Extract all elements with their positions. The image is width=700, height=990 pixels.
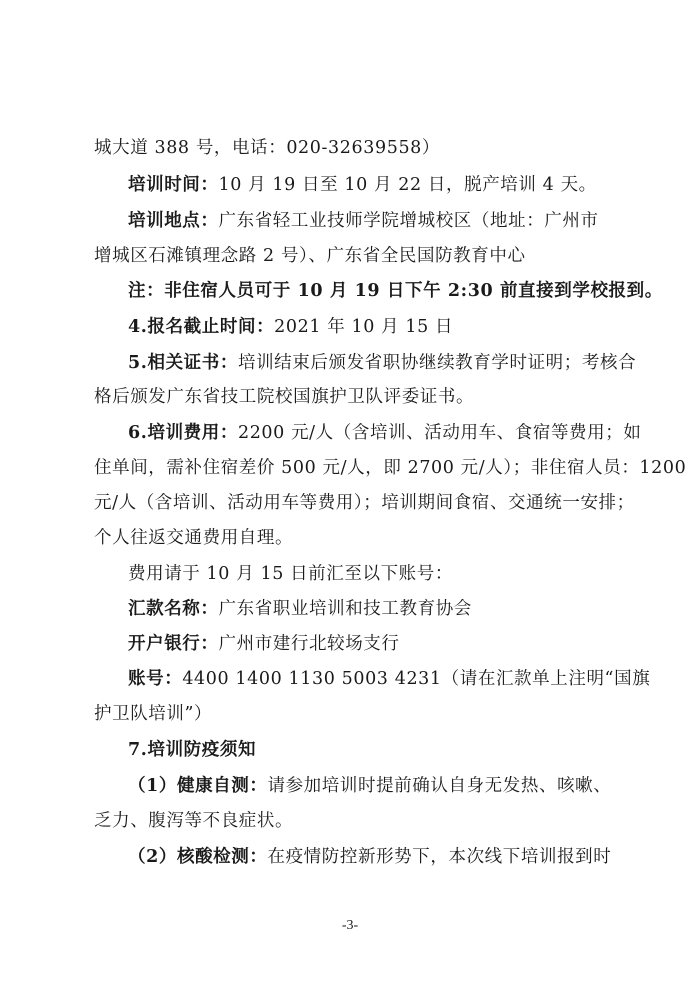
text: 城大道 388 号，电话：020-32639558）	[94, 138, 440, 158]
document-page: 城大道 388 号，电话：020-32639558） 培训时间：10 月 19 …	[0, 0, 700, 990]
value: 在疫情防控新形势下，本次线下培训报到时	[267, 847, 611, 867]
certificates: 5.相关证书：培训结束后颁发省职协继续教育学时证明；考核合	[128, 352, 648, 374]
address-continuation: 城大道 388 号，电话：020-32639558）	[94, 137, 614, 159]
value: 广东省轻工业技师学院增城校区（地址：广州市	[219, 211, 599, 231]
bank-name: 开户银行：广州市建行北较场支行	[128, 633, 648, 655]
value: 请参加培训时提前确认自身无发热、咳嗽、	[267, 776, 611, 796]
value: 2021 年 10 月 15 日	[274, 317, 453, 337]
heading: 7.培训防疫须知	[128, 740, 256, 760]
text: 费用请于 10 月 15 日前汇至以下账号：	[128, 564, 453, 584]
payment-instruction: 费用请于 10 月 15 日前汇至以下账号：	[128, 563, 648, 585]
value: 4400 1400 1130 5003 4231（请在汇款单上注明“国旗	[182, 669, 650, 689]
epidemic-heading: 7.培训防疫须知	[128, 739, 648, 761]
training-fee-cont-3: 个人往返交通费用自理。	[94, 527, 614, 549]
training-fee-cont-1: 住单间，需补住宿差价 500 元/人，即 2700 元/人）；非住宿人员：120…	[94, 457, 614, 479]
nucleic-acid-test: （2）核酸检测：在疫情防控新形势下，本次线下培训报到时	[128, 846, 648, 868]
label: 开户银行：	[128, 634, 219, 654]
text: 乏力、腹泻等不良症状。	[94, 811, 293, 831]
health-self-test: （1）健康自测：请参加培训时提前确认自身无发热、咳嗽、	[128, 775, 648, 797]
text: 个人往返交通费用自理。	[94, 528, 293, 548]
value: 2200 元/人（含培训、活动用车、食宿等费用；如	[238, 423, 642, 443]
training-location: 培训地点：广东省轻工业技师学院增城校区（地址：广州市	[128, 210, 648, 232]
text: 增城区石滩镇理念路 2 号）、广东省全民国防教育中心	[94, 246, 526, 266]
label: （1）健康自测：	[128, 776, 267, 796]
value: 10 月 19 日至 10 月 22 日，脱产培训 4 天。	[219, 175, 597, 195]
payee-name: 汇款名称：广东省职业培训和技工教育协会	[128, 598, 648, 620]
health-self-test-cont: 乏力、腹泻等不良症状。	[94, 810, 614, 832]
account-number-cont: 护卫队培训”）	[94, 703, 614, 725]
page-number: -3-	[0, 918, 700, 934]
account-number: 账号：4400 1400 1130 5003 4231（请在汇款单上注明“国旗	[128, 668, 648, 690]
registration-deadline: 4.报名截止时间：2021 年 10 月 15 日	[128, 316, 648, 338]
label: 5.相关证书：	[128, 353, 238, 373]
note-non-resident: 注：非住宿人员可于 10 月 19 日下午 2:30 前直接到学校报到。	[128, 280, 648, 302]
label: 6.培训费用：	[128, 423, 238, 443]
training-time: 培训时间：10 月 19 日至 10 月 22 日，脱产培训 4 天。	[128, 174, 648, 196]
label: 汇款名称：	[128, 599, 219, 619]
training-location-cont: 增城区石滩镇理念路 2 号）、广东省全民国防教育中心	[94, 245, 614, 267]
label: 4.报名截止时间：	[128, 317, 274, 337]
value: 广州市建行北较场支行	[219, 634, 400, 654]
value: 广东省职业培训和技工教育协会	[219, 599, 472, 619]
text: 注：非住宿人员可于 10 月 19 日下午 2:30 前直接到学校报到。	[128, 281, 663, 301]
label: 培训时间：	[128, 175, 219, 195]
label: 账号：	[128, 669, 182, 689]
value: 培训结束后颁发省职协继续教育学时证明；考核合	[238, 353, 636, 373]
label: （2）核酸检测：	[128, 847, 267, 867]
text: 护卫队培训”）	[94, 704, 212, 724]
text: 住单间，需补住宿差价 500 元/人，即 2700 元/人）；非住宿人员：120…	[94, 458, 686, 478]
certificates-cont: 格后颁发广东省技工院校国旗护卫队评委证书。	[94, 386, 614, 408]
label: 培训地点：	[128, 211, 219, 231]
text: 格后颁发广东省技工院校国旗护卫队评委证书。	[94, 387, 474, 407]
text: 元/人（含培训、活动用车等费用）；培训期间食宿、交通统一安排；	[94, 493, 635, 513]
training-fee-cont-2: 元/人（含培训、活动用车等费用）；培训期间食宿、交通统一安排；	[94, 492, 614, 514]
training-fee: 6.培训费用：2200 元/人（含培训、活动用车、食宿等费用；如	[128, 422, 648, 444]
